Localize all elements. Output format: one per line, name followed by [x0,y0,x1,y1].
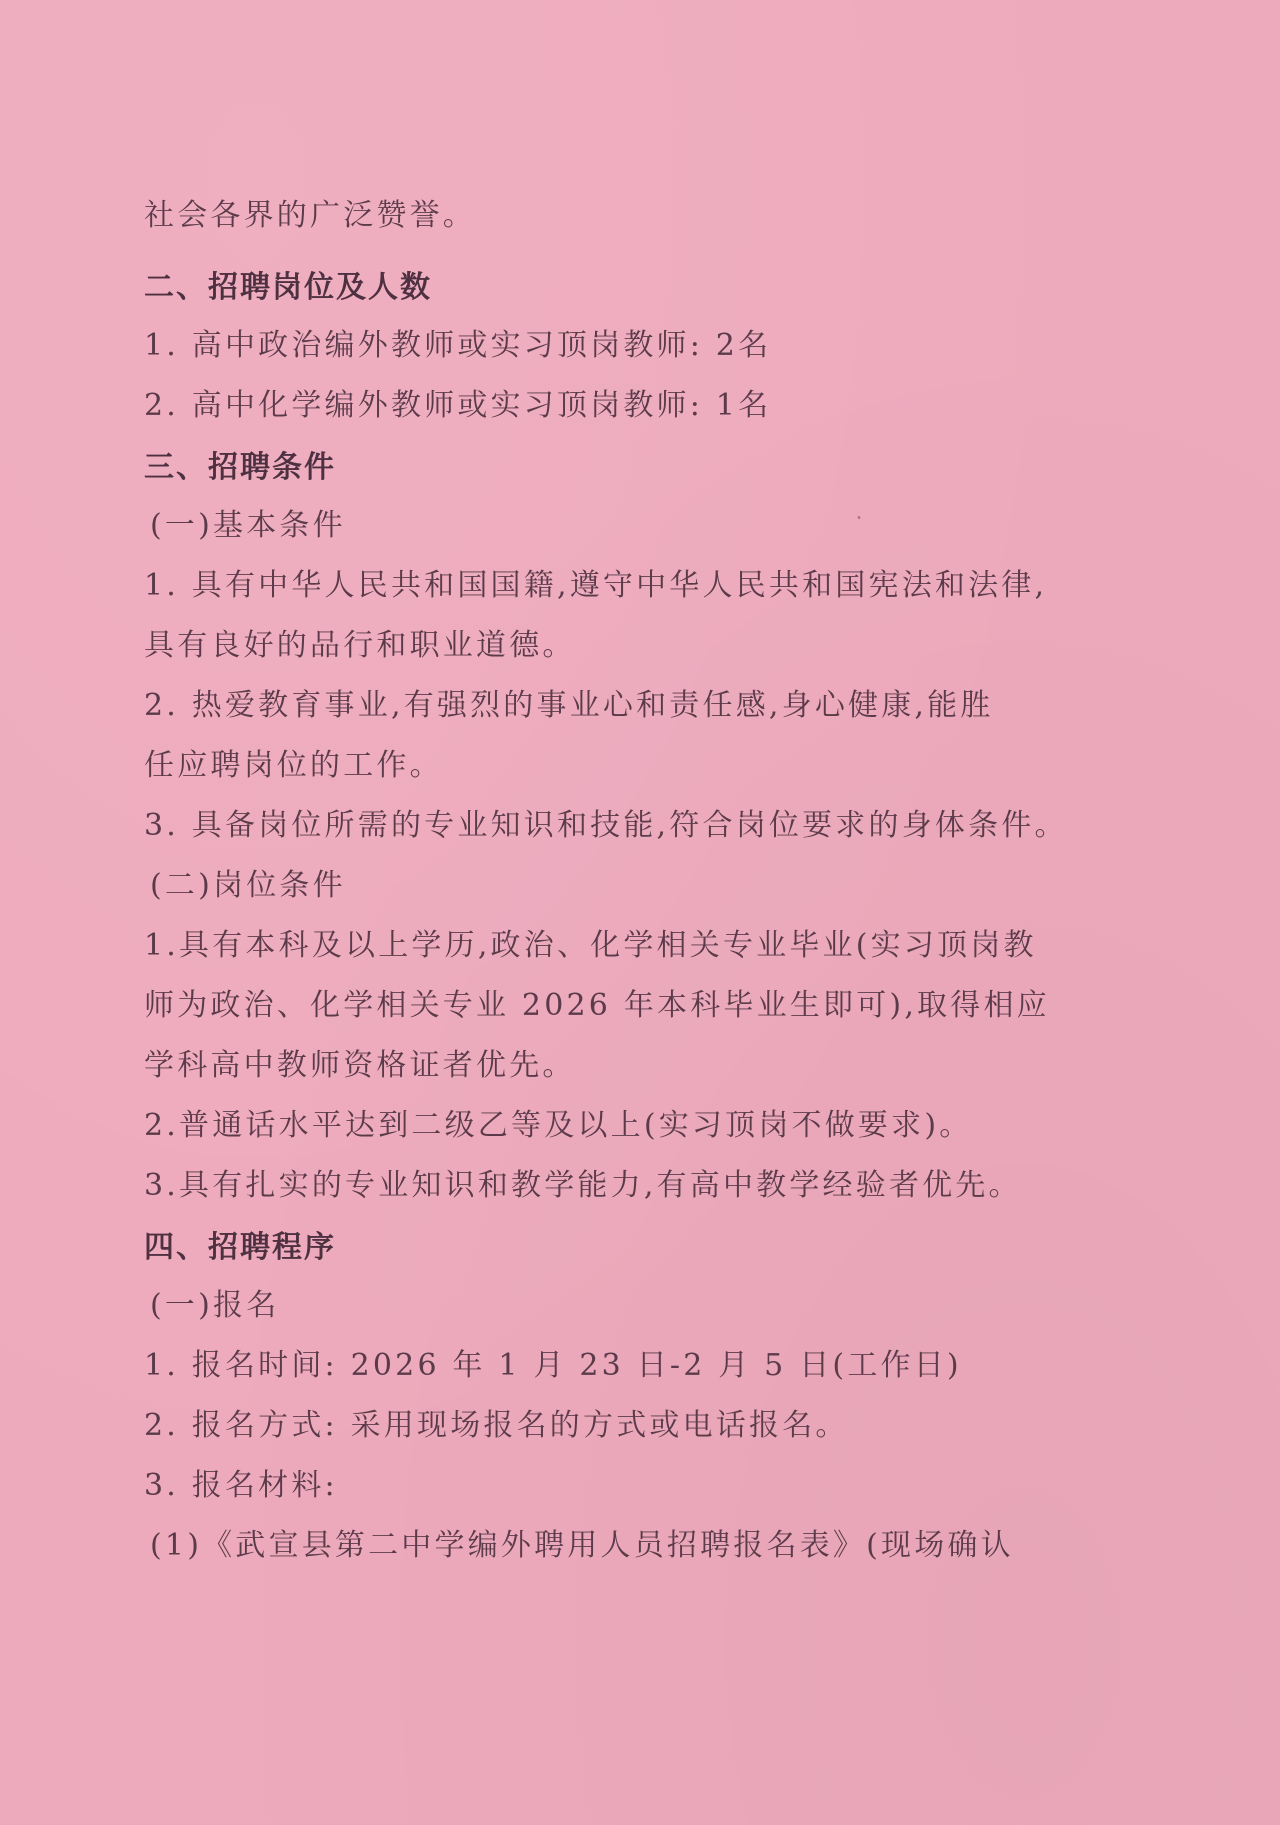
condition-item-1-cont: 具有良好的品行和职业道德。 [144,626,576,666]
body-text-line: 社会各界的广泛赞誉。 [144,196,476,236]
subheading-registration: (一)报名 [150,1286,279,1326]
subheading-position-conditions: (二)岗位条件 [150,866,346,906]
condition-item-3: 3. 具备岗位所需的专业知识和技能,符合岗位要求的身体条件。 [144,806,1068,846]
section-heading-conditions: 三、招聘条件 [144,448,336,488]
condition-item-2: 2. 热爱教育事业,有强烈的事业心和责任感,身心健康,能胜 [144,686,994,726]
subheading-basic-conditions: (一)基本条件 [150,506,346,546]
section-heading-positions: 二、招聘岗位及人数 [144,268,432,308]
registration-material-item-1: (1)《武宣县第二中学编外聘用人员招聘报名表》(现场确认 [150,1526,1014,1566]
position-condition-2: 2.普通话水平达到二级乙等及以上(实习顶岗不做要求)。 [144,1106,972,1146]
position-condition-1: 1.具有本科及以上学历,政治、化学相关专业毕业(实习顶岗教 [144,926,1037,966]
scanned-document-page: 社会各界的广泛赞誉。 二、招聘岗位及人数 1. 高中政治编外教师或实习顶岗教师:… [0,0,1280,1825]
registration-method: 2. 报名方式: 采用现场报名的方式或电话报名。 [144,1406,849,1446]
registration-time: 1. 报名时间: 2026 年 1 月 23 日-2 月 5 日(工作日) [144,1346,962,1386]
position-condition-1-cont2: 学科高中教师资格证者优先。 [144,1046,576,1086]
condition-item-1: 1. 具有中华人民共和国国籍,遵守中华人民共和国宪法和法律, [144,566,1047,606]
position-condition-1-cont: 师为政治、化学相关专业 2026 年本科毕业生即可),取得相应 [144,986,1050,1026]
section-heading-procedure: 四、招聘程序 [144,1228,336,1268]
position-condition-3: 3.具有扎实的专业知识和教学能力,有高中教学经验者优先。 [144,1166,1022,1206]
position-item-chemistry: 2. 高中化学编外教师或实习顶岗教师: 1名 [144,386,771,426]
registration-materials: 3. 报名材料: [144,1466,338,1506]
scan-speck [857,516,860,520]
position-item-politics: 1. 高中政治编外教师或实习顶岗教师: 2名 [144,326,771,366]
condition-item-2-cont: 任应聘岗位的工作。 [144,746,443,786]
